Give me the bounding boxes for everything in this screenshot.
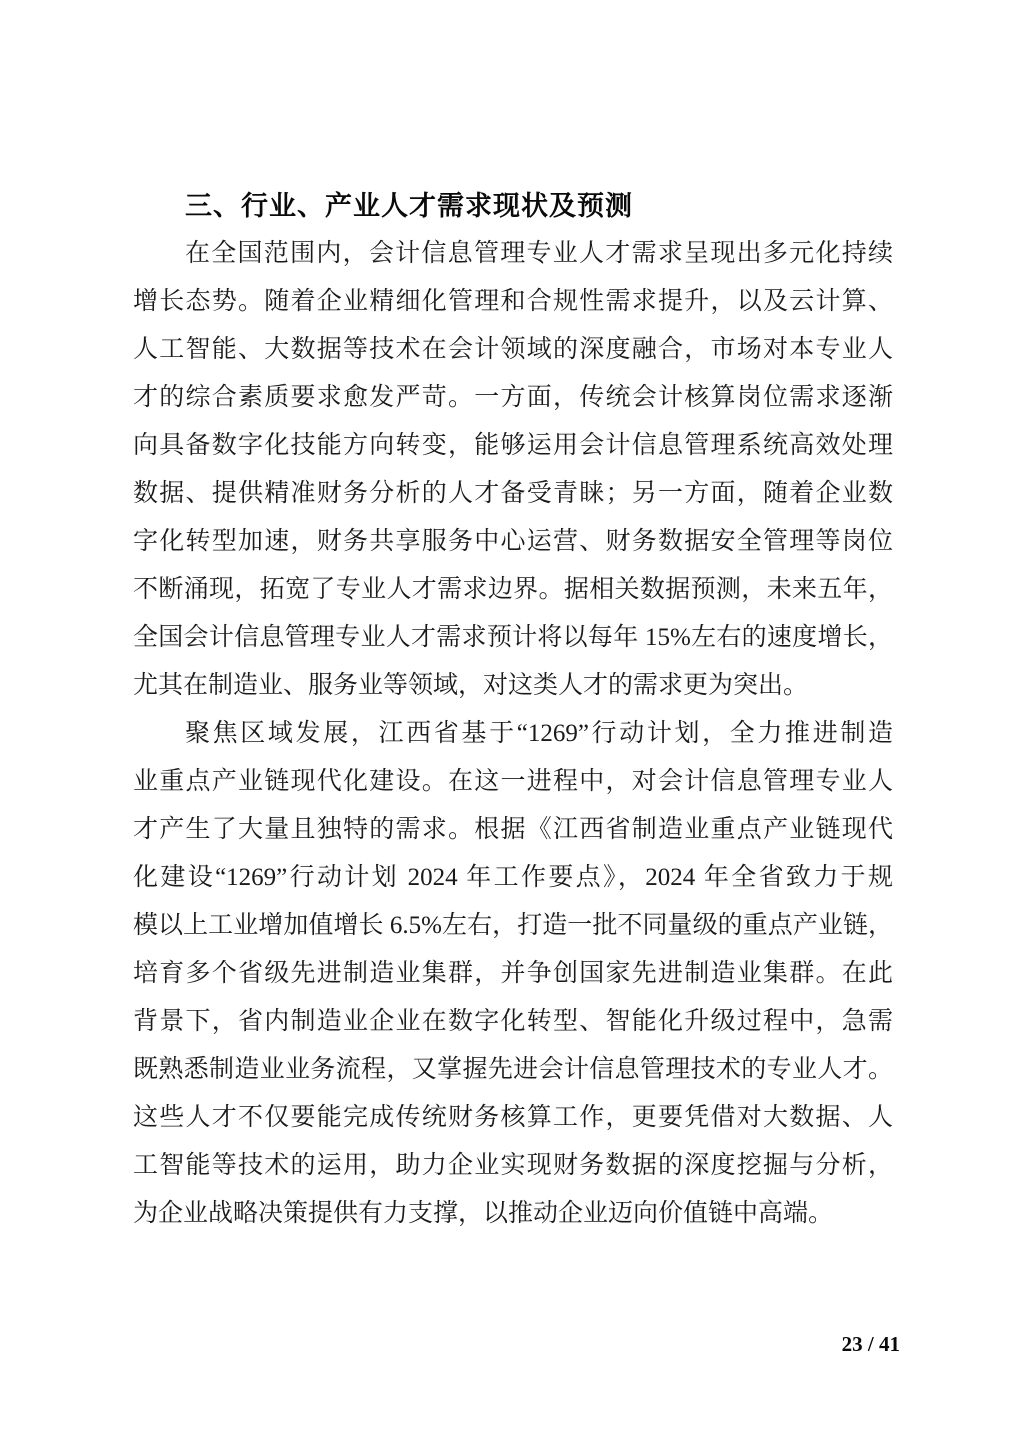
- text-line: 增长态势。随着企业精细化管理和合规性需求提升，以及云计算、: [133, 278, 893, 326]
- text-line: 化建设“1269”行动计划 2024 年工作要点》，2024 年全省致力于规: [133, 854, 893, 902]
- text-line: 数据、提供精准财务分析的人才备受青睐；另一方面，随着企业数: [133, 470, 893, 518]
- document-page: 三、行业、产业人才需求现状及预测 在全国范围内，会计信息管理专业人才需求呈现出多…: [0, 0, 1024, 1448]
- paragraph-national-demand: 在全国范围内，会计信息管理专业人才需求呈现出多元化持续 增长态势。随着企业精细化…: [133, 230, 893, 710]
- paragraph-jiangxi-demand: 聚焦区域发展，江西省基于“1269”行动计划，全力推进制造 业重点产业链现代化建…: [133, 710, 893, 1238]
- text-line: 业重点产业链现代化建设。在这一进程中，对会计信息管理专业人: [133, 758, 893, 806]
- text-line: 人工智能、大数据等技术在会计领域的深度融合，市场对本专业人: [133, 326, 893, 374]
- text-line: 才产生了大量且独特的需求。根据《江西省制造业重点产业链现代: [133, 806, 893, 854]
- text-line: 为企业战略决策提供有力支撑，以推动企业迈向价值链中高端。: [133, 1190, 893, 1238]
- text-line: 培育多个省级先进制造业集群，并争创国家先进制造业集群。在此: [133, 950, 893, 998]
- text-line: 工智能等技术的运用，助力企业实现财务数据的深度挖掘与分析，: [133, 1142, 893, 1190]
- text-line: 聚焦区域发展，江西省基于“1269”行动计划，全力推进制造: [133, 710, 893, 758]
- section-heading: 三、行业、产业人才需求现状及预测: [133, 182, 893, 230]
- text-line: 向具备数字化技能方向转变，能够运用会计信息管理系统高效处理: [133, 422, 893, 470]
- page-number: 23 / 41: [842, 1332, 900, 1357]
- text-line: 尤其在制造业、服务业等领域，对这类人才的需求更为突出。: [133, 662, 893, 710]
- text-line: 背景下，省内制造业企业在数字化转型、智能化升级过程中，急需: [133, 998, 893, 1046]
- text-line: 全国会计信息管理专业人才需求预计将以每年 15%左右的速度增长，: [133, 614, 893, 662]
- text-line: 才的综合素质要求愈发严苛。一方面，传统会计核算岗位需求逐渐: [133, 374, 893, 422]
- text-line: 字化转型加速，财务共享服务中心运营、财务数据安全管理等岗位: [133, 518, 893, 566]
- text-line: 既熟悉制造业业务流程，又掌握先进会计信息管理技术的专业人才。: [133, 1046, 893, 1094]
- text-line: 在全国范围内，会计信息管理专业人才需求呈现出多元化持续: [133, 230, 893, 278]
- document-content: 三、行业、产业人才需求现状及预测 在全国范围内，会计信息管理专业人才需求呈现出多…: [133, 182, 893, 1238]
- text-line: 不断涌现，拓宽了专业人才需求边界。据相关数据预测，未来五年，: [133, 566, 893, 614]
- text-line: 这些人才不仅要能完成传统财务核算工作，更要凭借对大数据、人: [133, 1094, 893, 1142]
- text-line: 模以上工业增加值增长 6.5%左右，打造一批不同量级的重点产业链，: [133, 902, 893, 950]
